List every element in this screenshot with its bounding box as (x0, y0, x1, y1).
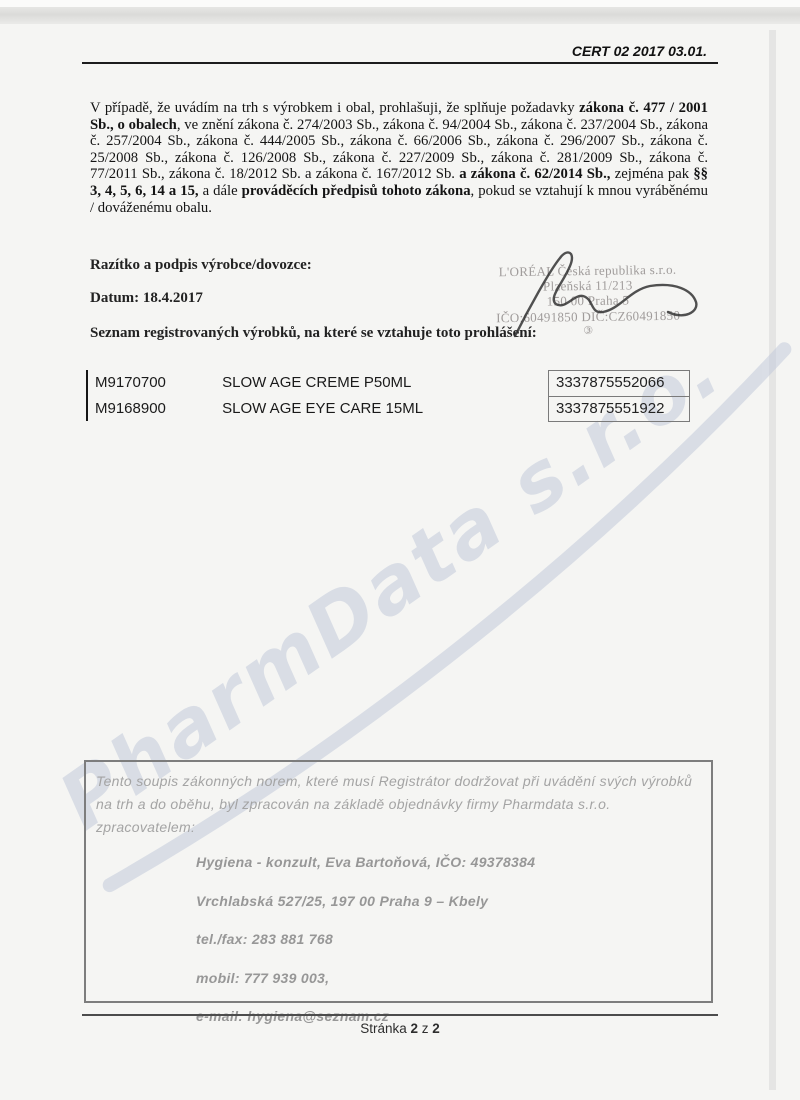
product-name: SLOW AGE EYE CARE 15ML (222, 400, 423, 417)
header-rule (82, 62, 718, 64)
declaration-paragraph: V případě, že uvádím na trh s výrobkem i… (90, 100, 708, 216)
document-content: CERT 02 2017 03.01. V případě, že uvádím… (0, 0, 800, 1100)
ean-code: 3337875551922 (549, 396, 689, 422)
scanned-document-page: PharmData s.r.o. CERT 02 2017 03.01. V p… (0, 0, 800, 1100)
ean-code-table: 3337875552066 3337875551922 (548, 370, 690, 422)
product-code: M9168900 (95, 396, 218, 422)
processor-name-ico: Hygiena - konzult, Eva Bartoňová, IČO: 4… (196, 854, 711, 870)
footer-rule (82, 1014, 718, 1016)
processor-note-intro: Tento soupis zákonných norem, které musí… (96, 770, 702, 839)
product-row: M9168900 SLOW AGE EYE CARE 15ML (95, 396, 423, 422)
product-row: M9170700 SLOW AGE CREME P50ML (95, 370, 423, 396)
processor-telfax: tel./fax: 283 881 768 (196, 931, 711, 947)
processor-address: Vrchlabská 527/25, 197 00 Praha 9 – Kbel… (196, 893, 711, 909)
document-reference-code: CERT 02 2017 03.01. (572, 43, 707, 59)
stamp-signature-label: Razítko a podpis výrobce/dovozce: (90, 257, 312, 274)
processor-contact-block: Hygiena - konzult, Eva Bartoňová, IČO: 4… (196, 854, 711, 1024)
product-code: M9170700 (95, 370, 218, 396)
ean-code: 3337875552066 (549, 371, 689, 396)
page-number: Stránka 2 z 2 (82, 1021, 718, 1036)
signature-scribble (470, 238, 720, 343)
product-name: SLOW AGE CREME P50ML (222, 374, 411, 391)
processor-note-box: Tento soupis zákonných norem, které musí… (84, 760, 713, 1003)
product-table: M9170700 SLOW AGE CREME P50ML M9168900 S… (86, 370, 423, 421)
date-label: Datum: 18.4.2017 (90, 290, 203, 307)
processor-mobile: mobil: 777 939 003, (196, 970, 711, 986)
